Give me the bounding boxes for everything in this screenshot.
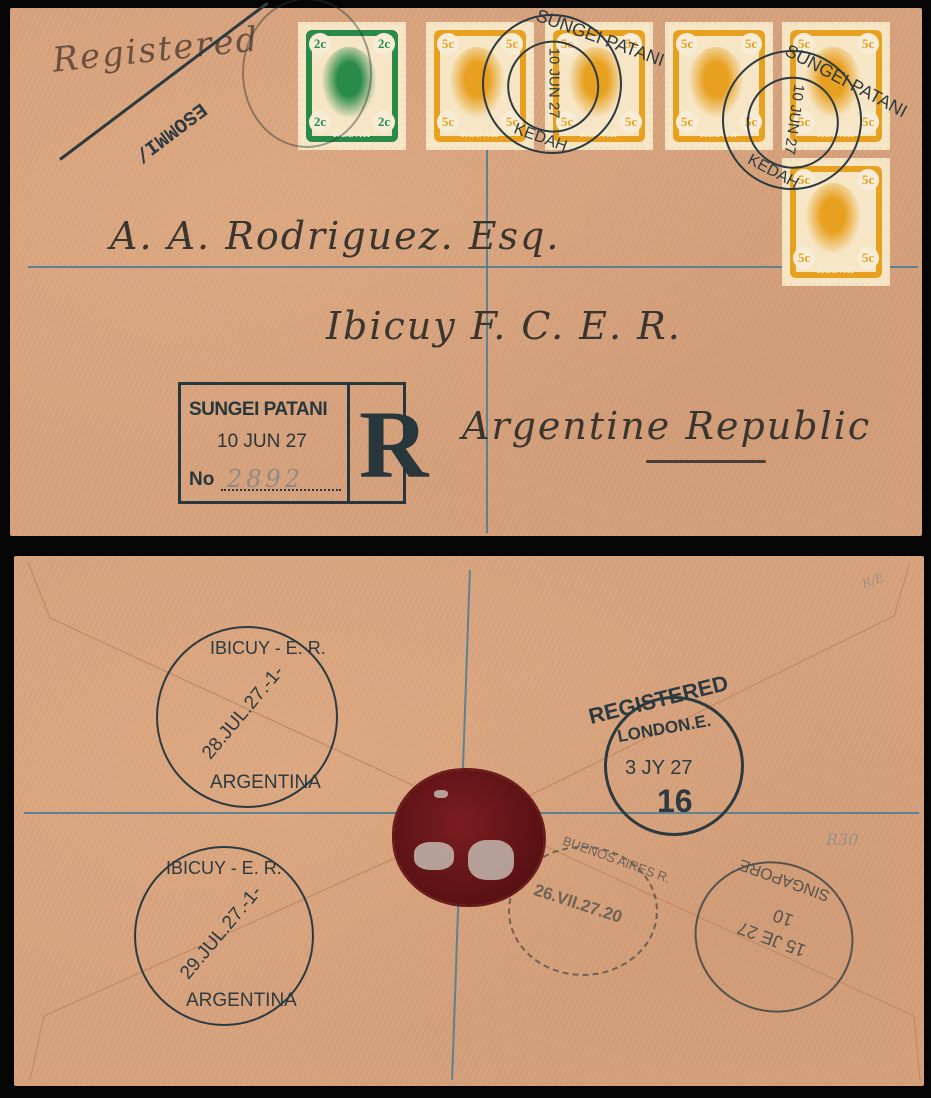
diagonal-cancel-text: ESOMMI/ <box>130 97 211 166</box>
wax-seal <box>394 770 544 905</box>
postmark-ibicuy-2: IBICUY - E. R. 29.JUL.27.-1- ARGENTINA <box>134 846 314 1026</box>
address-line-2: Ibicuy F. C. E. R. <box>326 304 682 348</box>
registration-label: SUNGEI PATANI 10 JUN 27 No 2892 R <box>178 382 406 504</box>
postmark-faint <box>242 0 372 148</box>
reg-letter-r: R <box>359 395 428 495</box>
pencil-note-r30: R30 <box>826 830 858 849</box>
address-line-1: A. A. Rodriguez. Esq. <box>110 214 560 258</box>
address-underline <box>646 460 766 463</box>
reg-office: SUNGEI PATANI <box>189 399 327 421</box>
envelope-front: Registered ESOMMI/ 2c2c2c2cKEDAH5c5c5c5c… <box>10 8 922 536</box>
reg-date: 10 JUN 27 <box>217 431 307 453</box>
postmark-ibicuy-1: IBICUY - E. R. 28.JUL.27.-1- ARGENTINA <box>156 626 338 808</box>
address-line-3: Argentine Republic <box>462 404 871 448</box>
sheaf-of-rice-icon <box>805 183 861 255</box>
envelope-back: IBICUY - E. R. 28.JUL.27.-1- ARGENTINA I… <box>14 556 924 1086</box>
reg-number-prefix: No <box>189 469 214 491</box>
postmark-registered-london: REGISTERED LONDON.E. 3 JY 27 16 <box>604 696 744 836</box>
